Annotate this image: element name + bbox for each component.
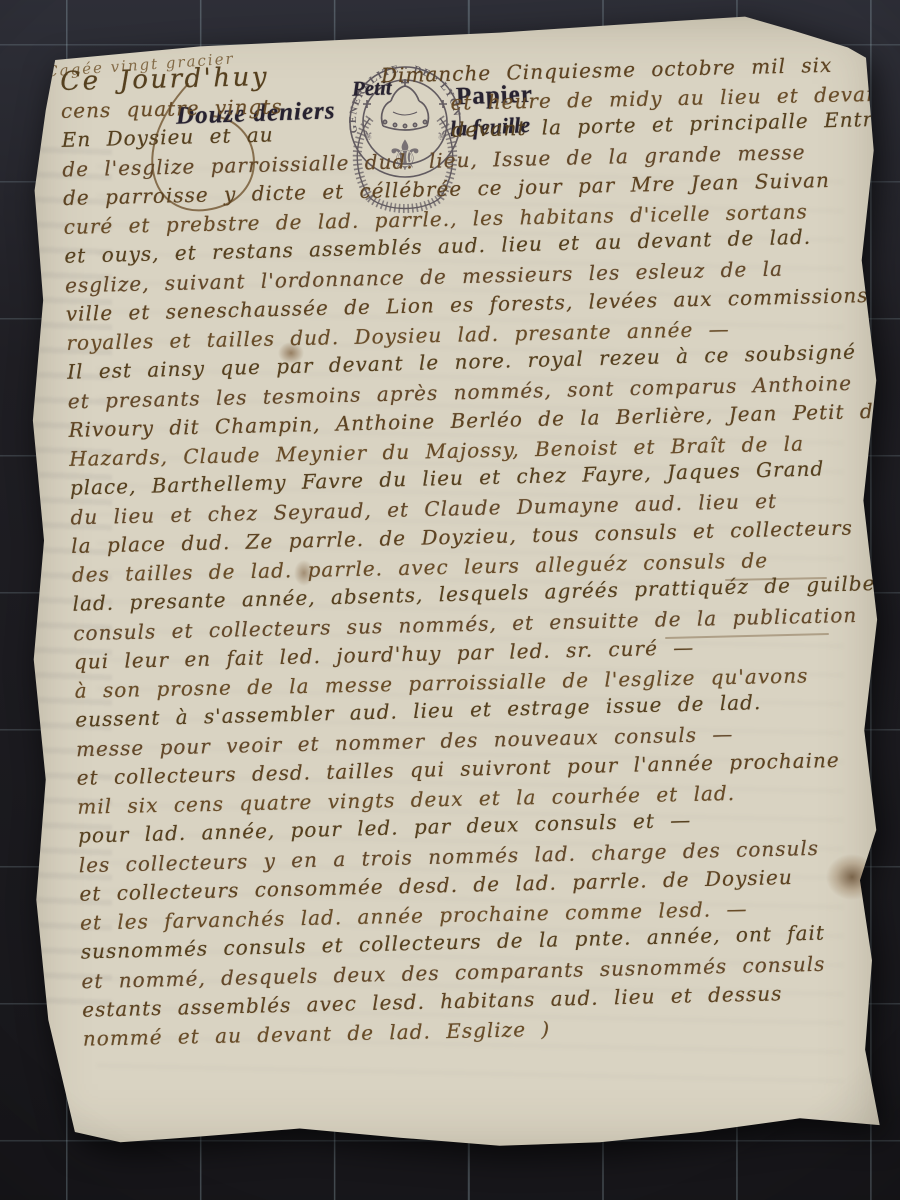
- photo-scene: Cagée vingt gracier GENERALITE · DE · LY…: [0, 0, 900, 1200]
- photo-vignette: [0, 0, 900, 1200]
